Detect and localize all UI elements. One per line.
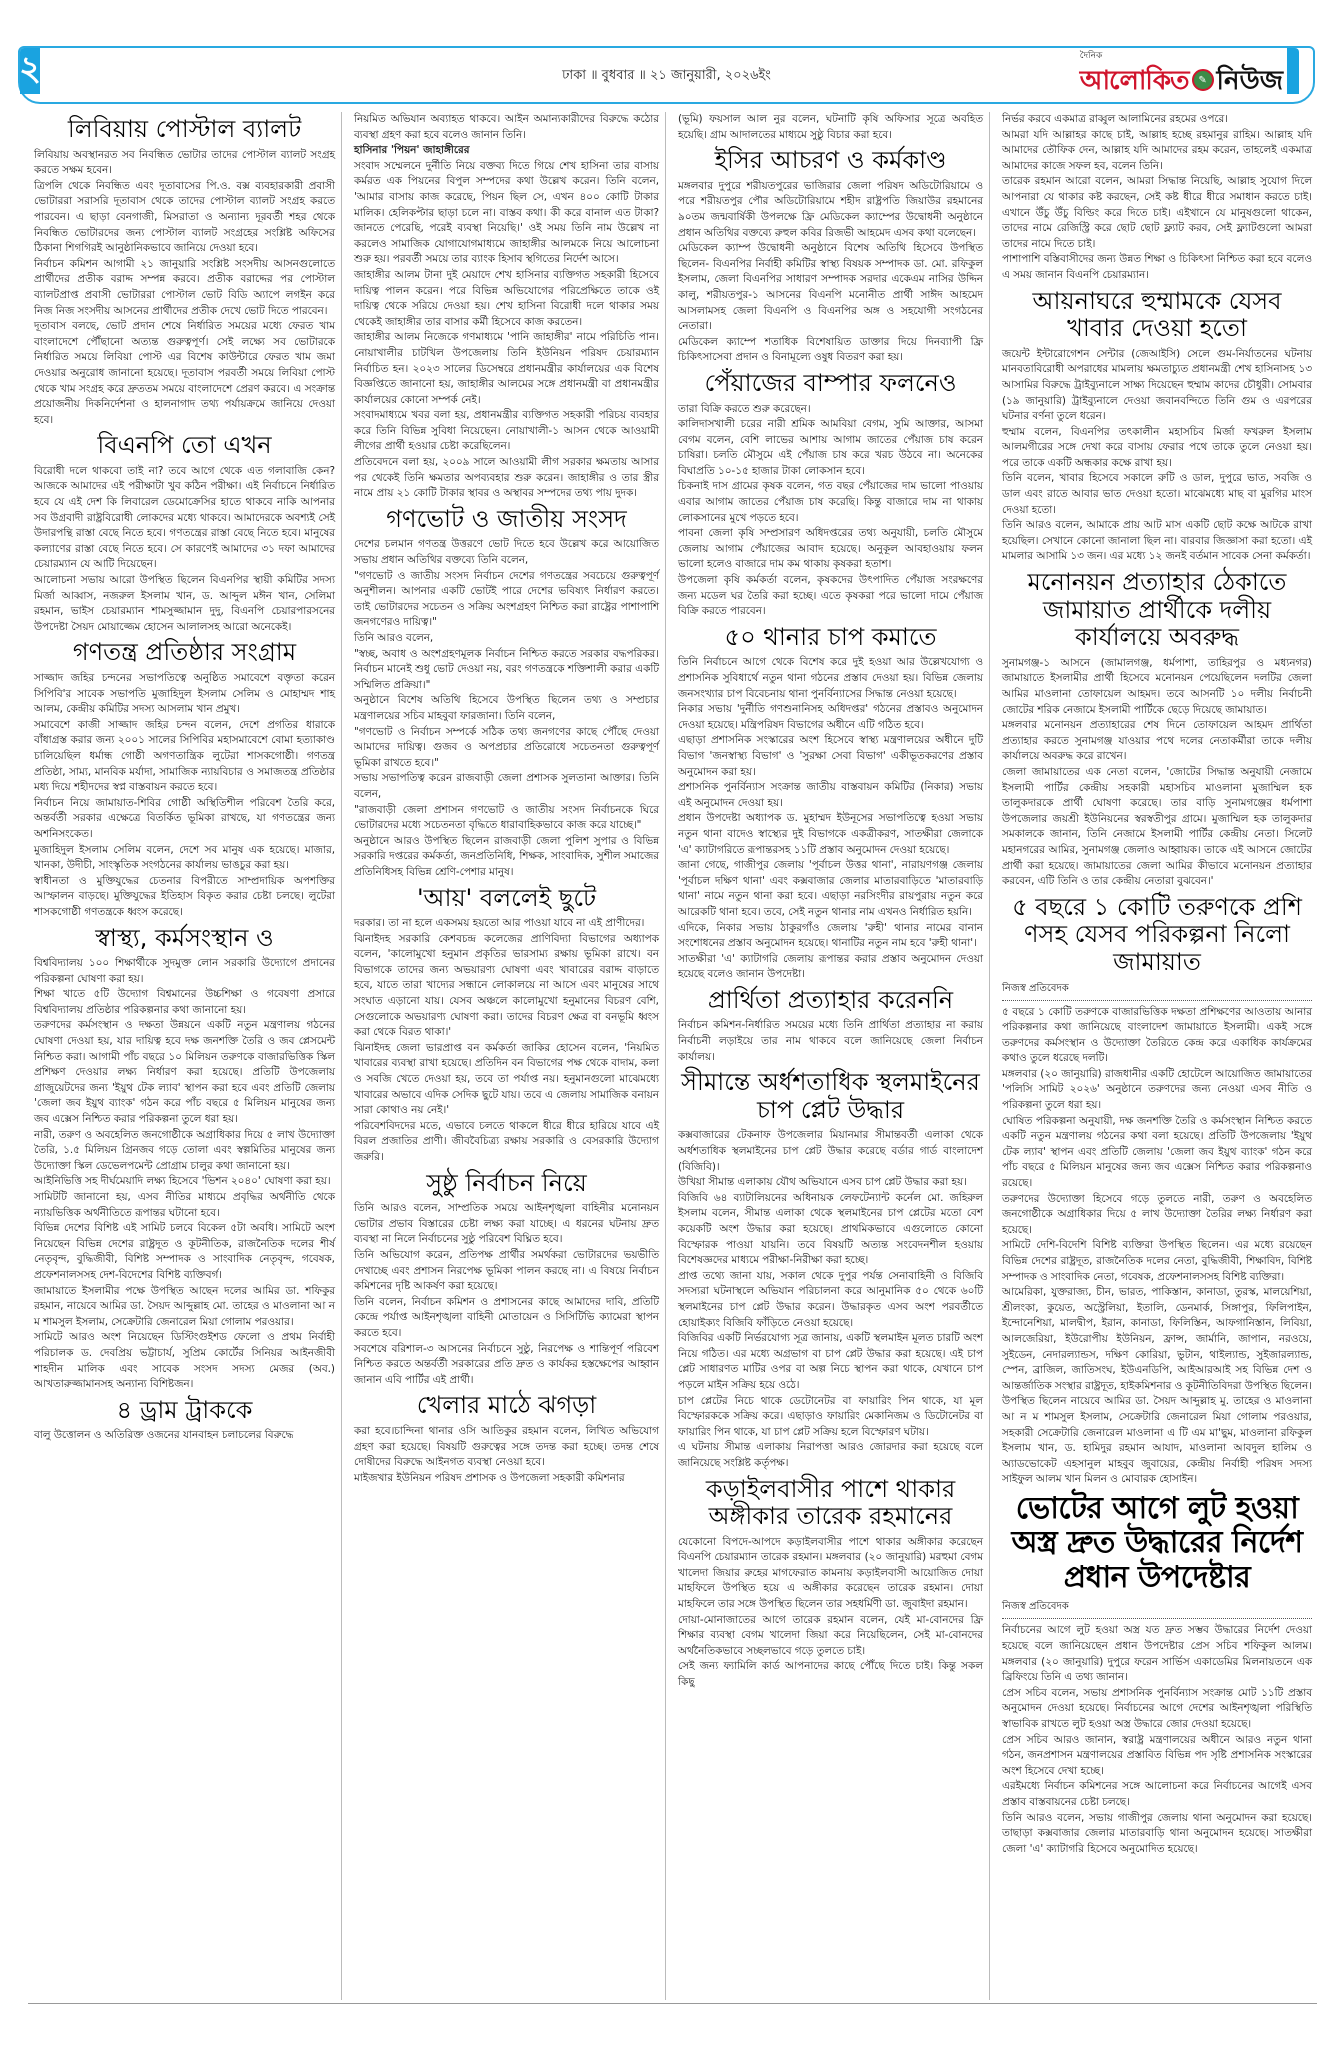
article-referendum-parliament: গণভোট ও জাতীয় সংসদ দেশের চলমান গণতন্ত্র… (354, 506, 659, 881)
paragraph: মুজাহিদুল ইসলাম সেলিম বলেন, দেশে সব মানু… (34, 843, 335, 874)
paragraph: "গণভোট ও নির্বাচন সম্পর্কে সঠিক তথ্য জনগ… (354, 725, 659, 772)
paragraph: প্রধান উপদেষ্টা অধ্যাপক ড. মুহাম্মদ ইউনূ… (678, 811, 983, 858)
paragraph: উপস্থিত ছিলেন নায়েবে আমির ডা. সৈয়দ আব্… (1002, 1394, 1312, 1488)
paragraph: জয়েন্ট ইন্টারোগেশন সেন্টার (জেআইসি) সেল… (1002, 347, 1312, 425)
paragraph: ঝিনাইদহ জেলা ভারপ্রাপ্ত বন কর্মকর্তা জাক… (354, 1041, 659, 1119)
paragraph: অনুষ্ঠানে বিশেষ অতিথি হিসেবে উপস্থিত ছিল… (354, 693, 659, 724)
article-jamaat-candidate-confined: মনোনয়ন প্রত্যাহার ঠেকাতে জামায়াত প্রার… (1002, 569, 1312, 890)
paragraph: বিভিন্ন দেশের বিশিষ্ট এই সামিট চলবে বিকে… (34, 1221, 335, 1283)
paragraph: এরইমধ্যে নির্বাচন কমিশনের সঙ্গে আলোচনা ক… (1002, 1779, 1312, 1810)
paragraph: সুনামগঞ্জ-১ আসনে (জামালগঞ্জ, ধর্মপাশা, ত… (1002, 656, 1312, 718)
paragraph: মঙ্গলবার (২০ জানুয়ারি) রাজধানীর একটি হো… (1002, 1067, 1312, 1114)
headline: ৫ বছরে ১ কোটি তরুণকে প্রশি ণসহ যেসব পরিক… (1002, 894, 1312, 977)
paragraph: বালু উত্তোলন ও অতিরিক্ত ওজনের যানবাহন চল… (34, 1428, 335, 1444)
headline: গণতন্ত্র প্রতিষ্ঠার সংগ্রাম (34, 639, 335, 667)
headline: মনোনয়ন প্রত্যাহার ঠেকাতে জামায়াত প্রার… (1002, 569, 1312, 652)
paragraph: জানা গেছে, গাজীপুর জেলায় 'পূর্বাচল উত্ত… (678, 858, 983, 920)
paragraph: লিবিয়ায় অবস্থানরত সব নিবন্ধিত ভোটার তা… (34, 148, 335, 179)
paragraph: নির্বাচন কমিশন-নির্ধারিত সময়ের মধ্যে তি… (678, 1018, 983, 1065)
article-onion-harvest: পেঁয়াজের বাম্পার ফলনেও তারা বিক্রি করতে… (678, 370, 983, 620)
headline: প্রার্থিতা প্রত্যাহার করেননি (678, 987, 983, 1015)
paragraph: বিজিবি ৬৪ ব্যাটালিয়নের অধিনায়ক লেফটেন্… (678, 1191, 983, 1269)
paragraph: পাশাপাশি বস্তিবাসীদের জন্য উন্নত শিক্ষা … (1002, 252, 1312, 283)
paragraph: বিশ্ববিদ্যালয় ১০০ শিক্ষার্থীকে সুদমুক্ত… (34, 956, 335, 987)
paragraph: তিনি বলেন, নির্বাচন কমিশন ও প্রশাসনের কা… (354, 1295, 659, 1342)
article-bnp-now: বিএনপি তো এখন বিরোধী দলে থাকবো তাই না? ত… (34, 432, 335, 635)
article-candidacy-not-withdrawn: প্রার্থিতা প্রত্যাহার করেননি নির্বাচন কম… (678, 987, 983, 1065)
bottom-divider (28, 2003, 1317, 2004)
paragraph: সমাবেশে কাজী সাজ্জাদ জহির চন্দন বলেন, দে… (34, 718, 335, 796)
article-korail-pledge: কড়াইলবাসীর পাশে থাকার অঙ্গীকার তারেক রহ… (678, 1476, 983, 1691)
headline: পেঁয়াজের বাম্পার ফলনেও (678, 370, 983, 398)
paragraph: এদিকে, নিকার সভায় ঠাকুরগাঁও জেলায় 'রুহ… (678, 921, 983, 952)
headline: সীমান্তে অর্ধশতাধিক স্থলমাইনের চাপ প্লেট… (678, 1069, 983, 1124)
article-democracy-struggle: গণতন্ত্র প্রতিষ্ঠার সংগ্রাম সাজ্জাদ জহির… (34, 639, 335, 920)
article-libya-postal-ballot: লিবিয়ায় পোস্টাল ব্যালট লিবিয়ায় অবস্থ… (34, 116, 335, 428)
paragraph: অনুষ্ঠানে আরও উপস্থিত ছিলেন রাজবাড়ী জেল… (354, 834, 659, 881)
paragraph: "স্বচ্ছ, অবাধ ও অংশগ্রহণমূলক নির্বাচন নি… (354, 647, 659, 694)
paragraph: (ভূমি) ফয়সাল আল নুর বলেন, ঘটনাটি কৃষি অ… (678, 112, 983, 143)
paragraph: সংবাদ সম্মেলনে দুর্নীতি নিয়ে বক্তব্য দি… (354, 159, 659, 268)
article-jamaat-youth-plans: ৫ বছরে ১ কোটি তরুণকে প্রশি ণসহ যেসব পরিক… (1002, 894, 1312, 1488)
headline: ৫০ থানার চাপ কমাতে (678, 624, 983, 652)
logo-name-part1: আলোকিত (1080, 68, 1189, 94)
paragraph: নির্ভর করবে একমাত্র রাব্বুল আলামিনের রহম… (1002, 112, 1312, 128)
masthead: ২ ঢাকা ॥ বুধবার ॥ ২১ জানুয়ারী, ২০২৬ইং দ… (18, 46, 1315, 104)
subheading: হাসিনার 'পিয়ন' জাহাঙ্গীরের (354, 143, 659, 159)
paragraph: প্রেস সচিব বলেন, সভায় প্রশাসনিক পুনর্বি… (1002, 1686, 1312, 1733)
paragraph: বিজিবির একটি নির্ভরযোগ্য সূত্র জানায়, এ… (678, 1331, 983, 1393)
paragraph: "গণভোট ও জাতীয় সংসদ নির্বাচন দেশের গণতন… (354, 569, 659, 631)
headline: স্বাস্থ্য, কর্মসংস্থান ও (34, 925, 335, 953)
column-3: (ভূমি) ফয়সাল আল নুর বলেন, ঘটনাটি কৃষি অ… (672, 112, 990, 2000)
paragraph: সবশেষে বরিশাল-৩ আসনের নির্বাচনে সুষ্ঠু, … (354, 1342, 659, 1389)
paragraph: শিক্ষা খাতে ৫টি উদ্যোগ বিশ্বমানের উচ্চশি… (34, 987, 335, 1018)
paragraph: সামিটে আরও অংশ নিয়েছেন ডিস্টিংগুইশড ফেল… (34, 1330, 335, 1392)
paragraph: জেলা জামায়াতের এক নেতা বলেন, 'জোটের সিদ… (1002, 765, 1312, 890)
paragraph: সাতক্ষীরা 'এ' ক্যাটাগরি জেলায় রূপান্তর … (678, 952, 983, 983)
paragraph: দোয়া-মোনাজাতের আগে তারেক রহমান বলেন, যে… (678, 1613, 983, 1660)
paragraph: নারী, তরুণ ও অবহেলিত জনগোষ্ঠীকে অগ্রাধিক… (34, 1128, 335, 1175)
paragraph: চিকনাই দাস গ্রামের কৃষক বলেন, গত বছর পেঁ… (678, 479, 983, 526)
paragraph: বিরোধী দলে থাকবো তাই না? তবে আগে থেকে এত… (34, 464, 335, 573)
article-landmine-plates: সীমান্তে অর্ধশতাধিক স্থলমাইনের চাপ প্লেট… (678, 1069, 983, 1471)
paragraph: তিনি আরও বলেন, আমাকে প্রায় আট মাস একটি … (1002, 518, 1312, 565)
paragraph: সাজ্জাদ জহির চন্দনের সভাপতিত্বে অনুষ্ঠিত… (34, 671, 335, 718)
paragraph: নিকার সভায় 'দুর্নীতি গণশুনানিসহ অধিদপ্ত… (678, 702, 983, 733)
article-health-employment: স্বাস্থ্য, কর্মসংস্থান ও বিশ্ববিদ্যালয় … (34, 925, 335, 1393)
paragraph: আলোচনা সভায় আরো উপস্থিত ছিলেন বিএনপির স… (34, 573, 335, 635)
paragraph: ঘোষিত পরিকল্পনা অনুযায়ী, দক্ষ জনশক্তি ত… (1002, 1114, 1312, 1192)
paragraph: প্রশাসনিক পুনর্বিন্যাস সংক্রান্ত জাতীয় … (678, 780, 983, 811)
byline: নিজস্ব প্রতিবেদক (1002, 981, 1312, 1001)
logo-prefix: দৈনিক (1080, 48, 1103, 63)
paragraph: মঙ্গলবার দুপুরে শরীয়তপুরের ভাজিরার জেলা… (678, 179, 983, 241)
paragraph: নির্বাচন কমিশন আগামী ২১ জানুয়ারি সংশ্লি… (34, 257, 335, 319)
article-50-police-stations: ৫০ থানার চাপ কমাতে তিনি নির্বাচনে আগে থে… (678, 624, 983, 983)
headline: ভোটের আগে লুট হওয়া অস্ত্র দ্রুত উদ্ধারে… (1002, 1492, 1312, 1596)
paragraph: তিনি আরও বলেন, সাম্প্রতিক সময়ে আইনশৃঙ্খ… (354, 1201, 659, 1248)
headline: গণভোট ও জাতীয় সংসদ (354, 506, 659, 534)
paragraph: পরিবেশবিদদের মতে, এভাবে চলতে থাকলে ধীরে … (354, 1119, 659, 1166)
logo-accent-bar (1287, 48, 1299, 94)
paragraph: তিনি আরও বলেন, সভায় গাজীপুর জেলায় থানা… (1002, 1811, 1312, 1858)
paragraph: আমরা যদি আল্লাহর কাছে চাই, আল্লাহ হচ্ছে … (1002, 128, 1312, 175)
paragraph: দেশের চলমান গণতন্ত্র উত্তরণে ভোট দিতে হব… (354, 537, 659, 568)
column-2: নিয়মিত অভিযান অব্যাহত থাকবে। আইন অমান্য… (348, 112, 666, 2000)
column-4: নির্ভর করবে একমাত্র রাব্বুল আলামিনের রহম… (996, 112, 1318, 2000)
paragraph: হুম্মাম বলেন, বিএনপির তৎকালীন মহাসচিব মি… (1002, 425, 1312, 472)
headline: ৪ ড্রাম ট্রাককে (34, 1397, 335, 1425)
paragraph: প্রতিবেদনে বলা হয়, ২০০৯ সালে আওয়ামী লী… (354, 455, 659, 502)
page-columns: লিবিয়ায় পোস্টাল ব্যালট লিবিয়ায় অবস্থ… (28, 112, 1318, 2000)
newspaper-logo: দৈনিক আলোকিত ✎ নিউজ (1080, 48, 1299, 94)
headline: লিবিয়ায় পোস্টাল ব্যালট (34, 116, 335, 144)
paragraph: সভায় সভাপতিত্ব করেন রাজবাড়ী জেলা প্রশা… (354, 771, 659, 802)
paragraph: মেডিকেল ক্যাম্প উদ্বোধনী অনুষ্ঠানে বিশেষ… (678, 241, 983, 335)
article-fair-election: সুষ্ঠু নির্বাচন নিয়ে তিনি আরও বলেন, সাম… (354, 1170, 659, 1389)
paragraph: কালিদাসখালী চরের নারী শ্রমিক আমবিয়া বেগ… (678, 417, 983, 479)
headline: সুষ্ঠু নির্বাচন নিয়ে (354, 1170, 659, 1198)
paragraph: ঝিনাইদহ সরকারি কেশবচন্দ্র কলেজের প্রাণিব… (354, 932, 659, 1041)
paragraph: মাইজখার ইউনিয়ন পরিষদ প্রশাসক ও উপজেলা স… (354, 1471, 659, 1487)
paragraph: তিনি বলেন, খাবার হিসেবে সকালে রুটি ও ডাল… (1002, 471, 1312, 518)
paragraph: প্রাপ্ত তথ্যে জানা যায়, সকাল থেকে দুপুর… (678, 1269, 983, 1331)
headline: ইসির আচরণ ও কর্মকাণ্ড (678, 147, 983, 175)
paragraph: তারা বিক্রি করতে শুরু করেছেন। (678, 402, 983, 418)
paragraph: কক্সবাজারের টেকনাফ উপজেলার মিয়ানমার সীম… (678, 1128, 983, 1175)
column-1: লিবিয়ায় পোস্টাল ব্যালট লিবিয়ায় অবস্থ… (28, 112, 342, 2000)
paragraph: সামিটটি জানানো হয়, এসব নীতির মাধ্যমে প্… (34, 1190, 335, 1221)
paragraph: সেই জন্য ফ্যামিলি কার্ড আপনাদের কাছে পৌঁ… (678, 1659, 983, 1690)
paragraph: মেডিকেল ক্যাম্পে শতাধিক বিশেষায়িত ডাক্ত… (678, 335, 983, 366)
paragraph: প্রেস সচিব আরও জানান, স্বরাষ্ট্র মন্ত্রণ… (1002, 1733, 1312, 1780)
paragraph: সামিটে দেশি-বিদেশি বিশিষ্ট ব্যক্তিরা উপস… (1002, 1238, 1312, 1285)
headline: আয়নাঘরে হুম্মামকে যেসব খাবার দেওয়া হতো (1002, 288, 1312, 343)
article-aynaghor-food: আয়নাঘরে হুম্মামকে যেসব খাবার দেওয়া হতো… (1002, 288, 1312, 566)
paragraph: এ ঘটনায় সীমান্ত এলাকায় নিরাপত্তা আরও জ… (678, 1440, 983, 1471)
paragraph: দরকার। তা না হলে একসময় হয়তো আর পাওয়া … (354, 916, 659, 932)
paragraph: নির্বাচনের আগে লুট হওয়া অস্ত্র যত দ্রুত… (1002, 1623, 1312, 1685)
paragraph: তরুণদের উদ্যোক্তা হিসেবে গড়ে তুলতে নারী… (1002, 1192, 1312, 1239)
article-korail-continued: নির্ভর করবে একমাত্র রাব্বুল আলামিনের রহম… (1002, 112, 1312, 284)
logo-emblem-icon: ✎ (1192, 69, 1214, 91)
paragraph: সংবাদমাধ্যমে খবর বলা হয়, প্রধানমন্ত্রীর… (354, 408, 659, 455)
paragraph: মঙ্গলবার মনোনয়ন প্রত্যাহারের শেষ দিনে ত… (1002, 718, 1312, 765)
paragraph: তিনি অভিযোগ করেন, প্রতিপক্ষ প্রার্থীর সম… (354, 1248, 659, 1295)
paragraph: জাহাঙ্গীর আলম নিজেকে গণমাধ্যমে 'পানি জাহ… (354, 330, 659, 408)
paragraph: নিয়মিত অভিযান অব্যাহত থাকবে। আইন অমান্য… (354, 112, 659, 143)
paragraph: উপজেলা কৃষি কর্মকর্তা বলেন, কৃষকদের উৎপা… (678, 573, 983, 620)
paragraph: স্বাধীনতা ও মুক্তিযুদ্ধের চেতনার বিপরীতে… (34, 874, 335, 921)
article-hasina-peon-continued: নিয়মিত অভিযান অব্যাহত থাকবে। আইন অমান্য… (354, 112, 659, 502)
article-monkeys-come: 'আয়' বললেই ছুটে দরকার। তা না হলে একসময়… (354, 885, 659, 1166)
paragraph: জাহাঙ্গীর আলম টানা দুই মেয়াদে শেখ হাসিন… (354, 268, 659, 330)
paragraph: "রাজবাড়ী জেলা প্রশাসন গণভোট ও জাতীয় সং… (354, 803, 659, 834)
paragraph: আমেরিকা, যুক্তরাজ্য, চীন, ভারত, পাকিস্তা… (1002, 1285, 1312, 1394)
paragraph: উখিয়া সীমান্ত এলাকায় যৌথ অভিযানে এসব চ… (678, 1175, 983, 1191)
article-playground-fight: খেলার মাঠে ঝগড়া করা হবে।চান্দিনা থানার … (354, 1392, 659, 1486)
article-continued-top: (ভূমি) ফয়সাল আল নুর বলেন, ঘটনাটি কৃষি অ… (678, 112, 983, 143)
paragraph: ত্রিপলি থেকে নিবন্ধিত এবং দূতাবাসের পি.ও… (34, 179, 335, 257)
paragraph: তিনি আরও বলেন, (354, 631, 659, 647)
paragraph: আইনিভিত্তি সহ দীর্ঘমেয়াদি লক্ষ্য হিসেবে… (34, 1174, 335, 1190)
paragraph: তরুণদের কর্মসংস্থান ও দক্ষতা উন্নয়নে এক… (34, 1018, 335, 1127)
headline: বিএনপি তো এখন (34, 432, 335, 460)
paragraph: তিনি নির্বাচনে আগে থেকে বিশেষ করে দুই হও… (678, 655, 983, 702)
headline: খেলার মাঠে ঝগড়া (354, 1392, 659, 1420)
paragraph: করা হবে।চান্দিনা থানার ওসি আতিকুর রহমান … (354, 1424, 659, 1471)
paragraph: নির্বাচন নিয়ে জামায়াত-শিবির গোষ্ঠী অস্… (34, 796, 335, 843)
article-ec-conduct: ইসির আচরণ ও কর্মকাণ্ড মঙ্গলবার দুপুরে শর… (678, 147, 983, 366)
headline: কড়াইলবাসীর পাশে থাকার অঙ্গীকার তারেক রহ… (678, 1476, 983, 1531)
paragraph: তারেক রহমান আরো বলেন, আমরা সিদ্ধান্ত নিয… (1002, 174, 1312, 252)
paragraph: চাপ প্লেটের নিচে থাকে ডেটোনেটর বা ফায়ার… (678, 1394, 983, 1441)
logo-name-part2: নিউজ (1217, 68, 1283, 94)
article-looted-arms-recovery: ভোটের আগে লুট হওয়া অস্ত্র দ্রুত উদ্ধারে… (1002, 1492, 1312, 1857)
byline: নিজস্ব প্রতিবেদক (1002, 1599, 1312, 1619)
paragraph: জামায়াতে ইসলামীর পক্ষে উপস্থিত আছেন দলে… (34, 1284, 335, 1331)
headline: 'আয়' বললেই ছুটে (354, 885, 659, 913)
paragraph: ৫ বছরে ১ কোটি তরুণকে বাজারভিত্তিক দক্ষতা… (1002, 1005, 1312, 1067)
article-drum-trucks: ৪ ড্রাম ট্রাককে বালু উত্তোলন ও অতিরিক্ত … (34, 1397, 335, 1444)
paragraph: এছাড়া প্রশাসনিক সংস্কারের অংশ হিসেবে স্… (678, 733, 983, 780)
paragraph: দূতাবাস বলছে, ভোট প্রদান শেষে নির্ধারিত … (34, 319, 335, 428)
paragraph: পাবনা জেলা কৃষি সম্প্রসারণ অধিদপ্তরের তথ… (678, 526, 983, 573)
paragraph: যেকোনো বিপদে-আপদে কড়াইলবাসীর পাশে থাকার… (678, 1535, 983, 1613)
